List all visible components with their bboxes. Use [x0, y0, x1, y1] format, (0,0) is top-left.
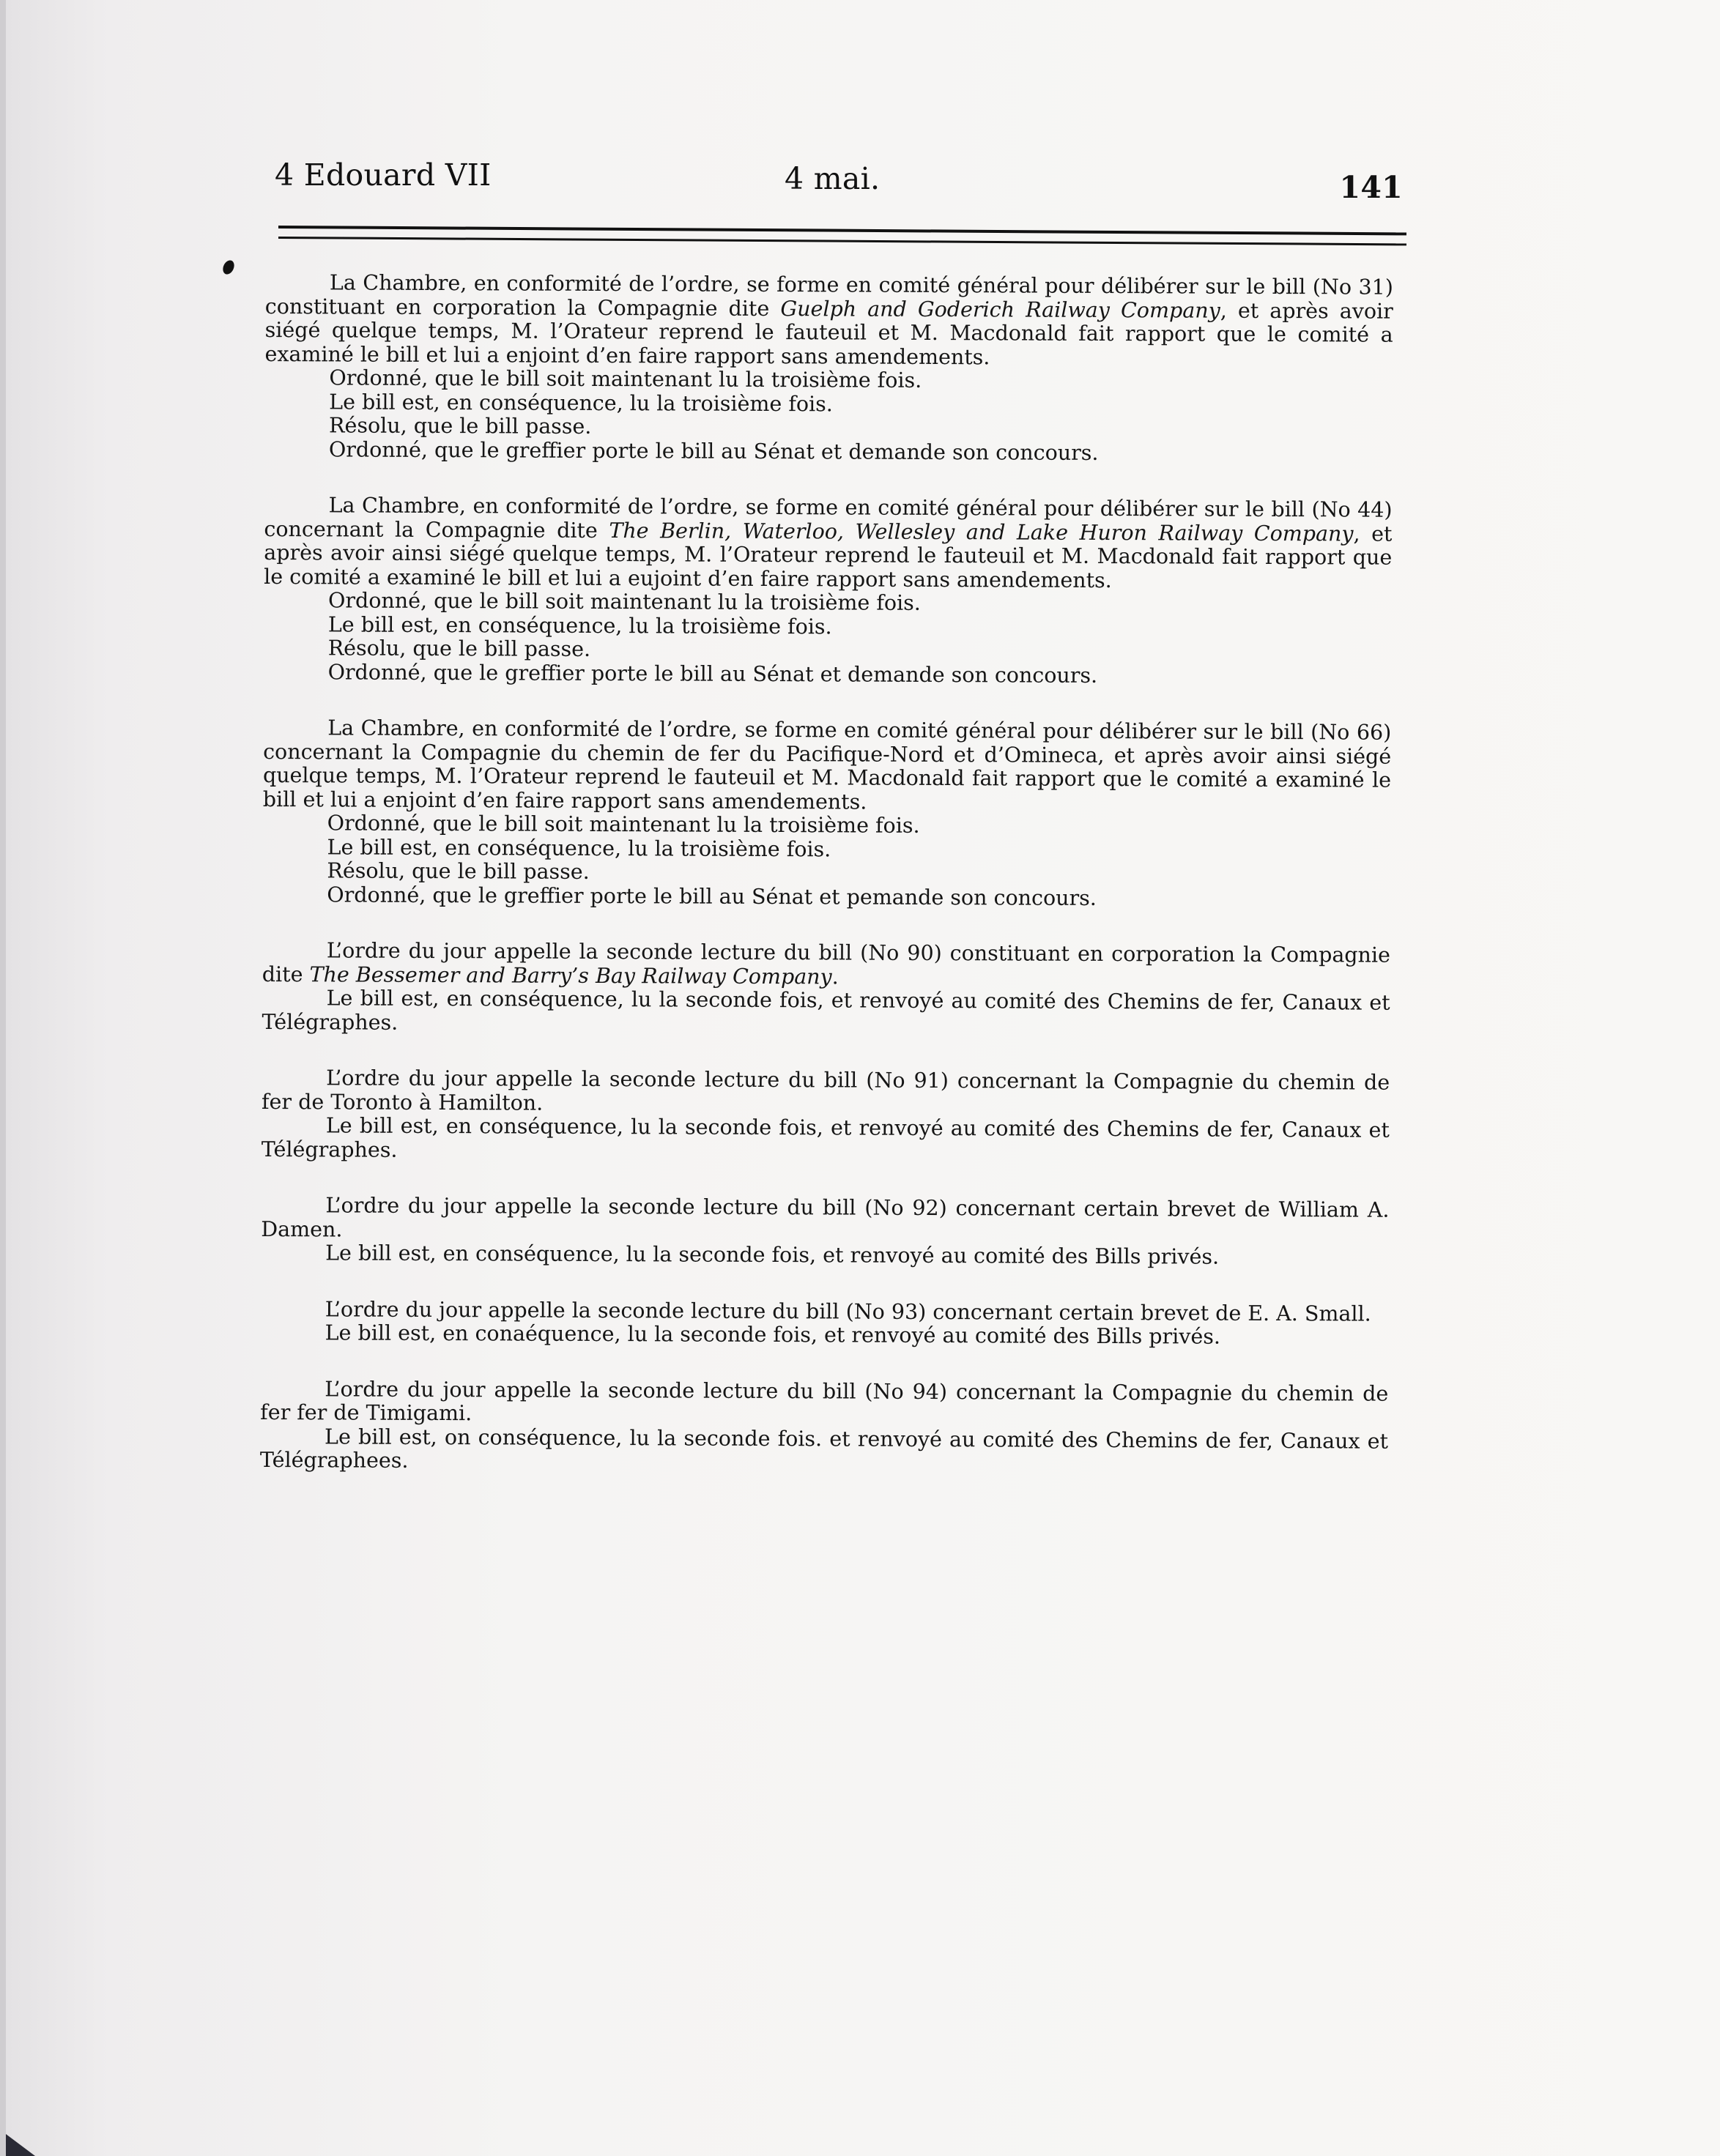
order-line: Ordonné, que le greffier porte le bill a… [264, 660, 1392, 688]
journal-body: La Chambre, en conformité de l’ordre, se… [260, 271, 1393, 1509]
entry-intro: La Chambre, en conformité de l’ordre, se… [263, 716, 1392, 817]
running-header: 4 Edouard VII 4 mai. 141 [275, 150, 1388, 201]
scan-left-edge [0, 0, 6, 2156]
second-reading-bill-91: L’ordre du jour appelle la seconde lectu… [262, 1066, 1390, 1167]
page-number: 141 [1340, 170, 1403, 205]
company-name: The Bessemer and Barry’s Bay Railway Com… [309, 962, 831, 989]
reading-result: Le bill est, en conséquence, lu la secon… [261, 1241, 1389, 1270]
second-reading-bill-90: L’ordre du jour appelle la seconde lectu… [262, 939, 1390, 1039]
reading-intro: L’ordre du jour appelle la seconde lectu… [261, 1194, 1389, 1246]
committee-entry-bill-66: La Chambre, en conformité de l’ordre, se… [262, 716, 1391, 912]
company-name: The Berlin, Waterloo, Wellesley and Lake… [609, 518, 1353, 546]
scan-corner-shadow [6, 2134, 35, 2156]
entry-intro: La Chambre, en conformité de l’ordre, se… [264, 271, 1393, 371]
reading-intro: L’ordre du jour appelle la seconde lectu… [260, 1377, 1388, 1430]
committee-entry-bill-44: La Chambre, en conformité de l’ordre, se… [264, 494, 1393, 689]
second-reading-bill-92: L’ordre du jour appelle la seconde lectu… [261, 1194, 1389, 1270]
committee-entry-bill-31: La Chambre, en conformité de l’ordre, se… [264, 271, 1393, 466]
intro-text: . [832, 964, 839, 989]
reading-result: Le bill est, en conaéquence, lu la secon… [261, 1321, 1389, 1350]
intro-text: La Chambre, en conformité de l’ordre, se… [263, 715, 1392, 814]
reading-result: Le bill est, en conséquence, lu la secon… [262, 986, 1390, 1039]
order-line: Ordonné, que le greffier porte le bill a… [262, 882, 1390, 911]
entry-intro: La Chambre, en conformité de l’ordre, se… [264, 494, 1393, 594]
header-regnal-year: 4 Edouard VII [275, 157, 492, 193]
company-name: Guelph and Goderich Railway Company [780, 297, 1220, 323]
second-reading-bill-94: L’ordre du jour appelle la seconde lectu… [260, 1377, 1389, 1477]
reading-result: Le bill est, en conséquence, lu la secon… [262, 1114, 1390, 1167]
header-date: 4 mai. [785, 161, 880, 196]
reading-intro: L’ordre du jour appelle la seconde lectu… [262, 939, 1390, 992]
reading-intro: L’ordre du jour appelle la seconde lectu… [262, 1066, 1390, 1119]
reading-result: Le bill est, on conséquence, lu la secon… [260, 1424, 1388, 1477]
order-line: Ordonné, que le greffier porte le bill a… [264, 437, 1393, 466]
second-reading-bill-93: L’ordre du jour appelle la seconde lectu… [261, 1297, 1389, 1350]
